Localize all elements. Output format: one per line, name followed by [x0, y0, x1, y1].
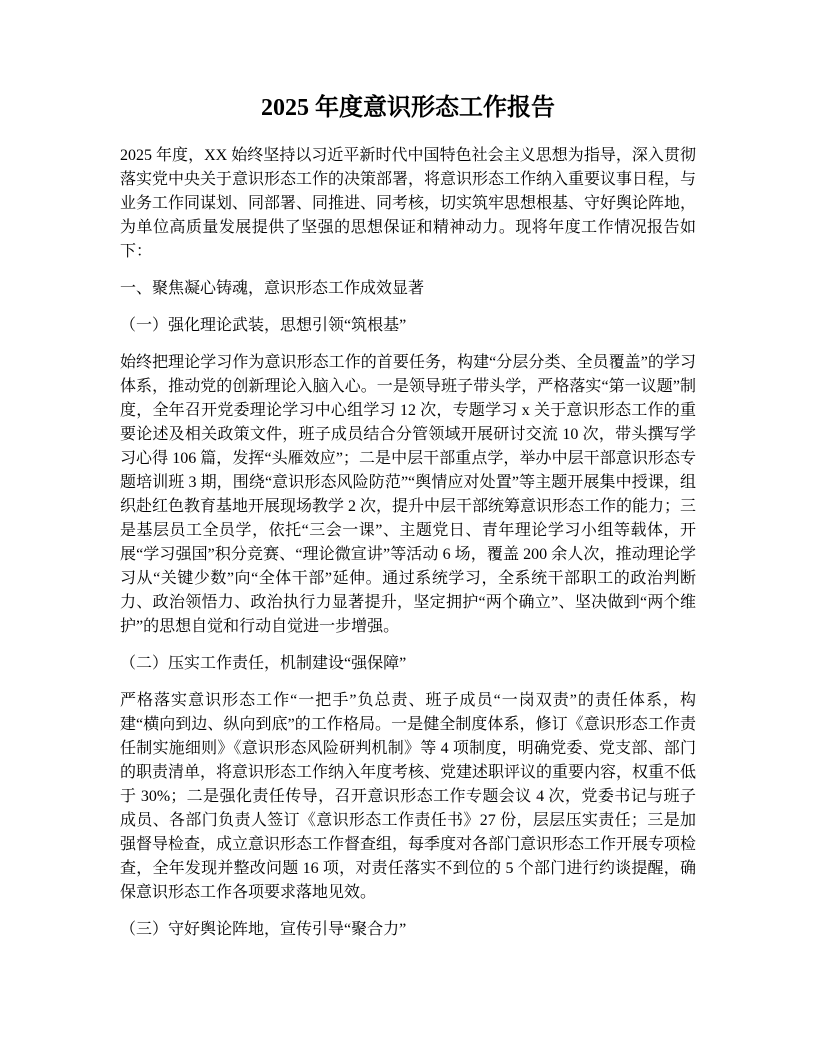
intro-paragraph: 2025 年度，XX 始终坚持以习近平新时代中国特色社会主义思想为指导，深入贯彻… — [120, 144, 696, 264]
subsection-heading-1-1: （一）强化理论武装，思想引领“筑根基” — [120, 314, 696, 338]
paragraph-theory-study: 始终把理论学习作为意识形态工作的首要任务，构建“分层分类、全员覆盖”的学习体系，… — [120, 351, 696, 639]
subsection-heading-1-3: （三）守好舆论阵地，宣传引导“聚合力” — [120, 918, 696, 942]
document-title: 2025 年度意识形态工作报告 — [120, 92, 696, 124]
paragraph-responsibility-mechanism: 严格落实意识形态工作“一把手”负总责、班子成员“一岗双责”的责任体系，构建“横向… — [120, 689, 696, 905]
section-heading-1: 一、聚焦凝心铸魂，意识形态工作成效显著 — [120, 277, 696, 301]
document-page: 2025 年度意识形态工作报告 2025 年度，XX 始终坚持以习近平新时代中国… — [0, 0, 816, 1056]
subsection-heading-1-2: （二）压实工作责任，机制建设“强保障” — [120, 652, 696, 676]
